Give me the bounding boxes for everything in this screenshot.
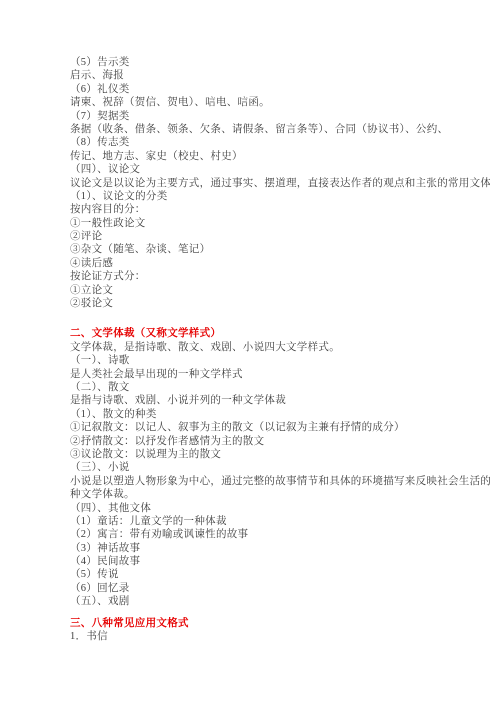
text-line: 1．书信	[70, 630, 490, 643]
text-line: （6）回忆录	[70, 582, 490, 595]
text-line: ②评论	[70, 230, 490, 243]
section-heading: 三、八种常见应用文格式	[70, 617, 490, 630]
text-line: （4）民间故事	[70, 555, 490, 568]
text-line: 条据（收条、借条、领条、欠条、请假条、留言条等）、合同（协议书）、公约、	[70, 123, 490, 136]
text-line: ③杂文（随笔、杂谈、笔记）	[70, 243, 490, 256]
text-line: 传记、地方志、家史（校史、村史）	[70, 150, 490, 163]
text-line: 是人类社会最早出现的一种文学样式	[70, 368, 490, 381]
text-line: （5）传说	[70, 568, 490, 581]
text-line: 文学体裁，是指诗歌、散文、戏剧、小说四大文学样式。	[70, 341, 490, 354]
text-line: ①一般性政论文	[70, 217, 490, 230]
text-line: （5）告示类	[70, 56, 490, 69]
text-line: ④读后感	[70, 257, 490, 270]
text-line: 种文学体裁。	[70, 488, 490, 501]
text-line: （7）契据类	[70, 110, 490, 123]
text-line: （二）、散文	[70, 381, 490, 394]
section-heading: 二、文学体裁（又称文学样式）	[70, 327, 490, 340]
text-line: （三）、小说	[70, 461, 490, 474]
text-line: （四）、议论文	[70, 163, 490, 176]
text-line: （3）神话故事	[70, 542, 490, 555]
text-line: （五）、戏剧	[70, 595, 490, 608]
text-line: ①立论文	[70, 284, 490, 297]
text-line: （1）、议论文的分类	[70, 190, 490, 203]
text-line: ③议论散文：以说理为主的散文	[70, 448, 490, 461]
text-line: 小说是以塑造人物形象为中心，通过完整的故事情节和具体的环境描写来反映社会生活的一	[70, 475, 490, 488]
text-line: ②驳论文	[70, 297, 490, 310]
text-line: （1）、散文的种类	[70, 408, 490, 421]
text-line: 是指与诗歌、戏剧、小说并列的一种文学体裁	[70, 394, 490, 407]
text-line: ①记叙散文：以记人、叙事为主的散文（以记叙为主兼有抒情的成分）	[70, 421, 490, 434]
text-line: 按内容目的分：	[70, 203, 490, 216]
text-line: ②抒情散文：以抒发作者感情为主的散文	[70, 435, 490, 448]
text-line: 议论文是以议论为主要方式，通过事实、摆道理，直接表达作者的观点和主张的常用文体。	[70, 177, 490, 190]
text-line: （四）、其他文体	[70, 502, 490, 515]
text-line: 按论证方式分：	[70, 270, 490, 283]
document-body: （5）告示类启示、海报（6）礼仪类请柬、祝辞（贺信、贺电）、唁电、唁函。（7）契…	[70, 56, 490, 643]
text-line: （一）、诗歌	[70, 354, 490, 367]
document-page: （5）告示类启示、海报（6）礼仪类请柬、祝辞（贺信、贺电）、唁电、唁函。（7）契…	[0, 0, 500, 707]
text-line: （2）寓言：带有劝喻或讽谏性的故事	[70, 528, 490, 541]
text-line: 启示、海报	[70, 69, 490, 82]
text-line: （6）礼仪类	[70, 83, 490, 96]
text-line: （8）传志类	[70, 136, 490, 149]
text-line: 请柬、祝辞（贺信、贺电）、唁电、唁函。	[70, 96, 490, 109]
text-line: （1）童话：儿童文学的一种体裁	[70, 515, 490, 528]
